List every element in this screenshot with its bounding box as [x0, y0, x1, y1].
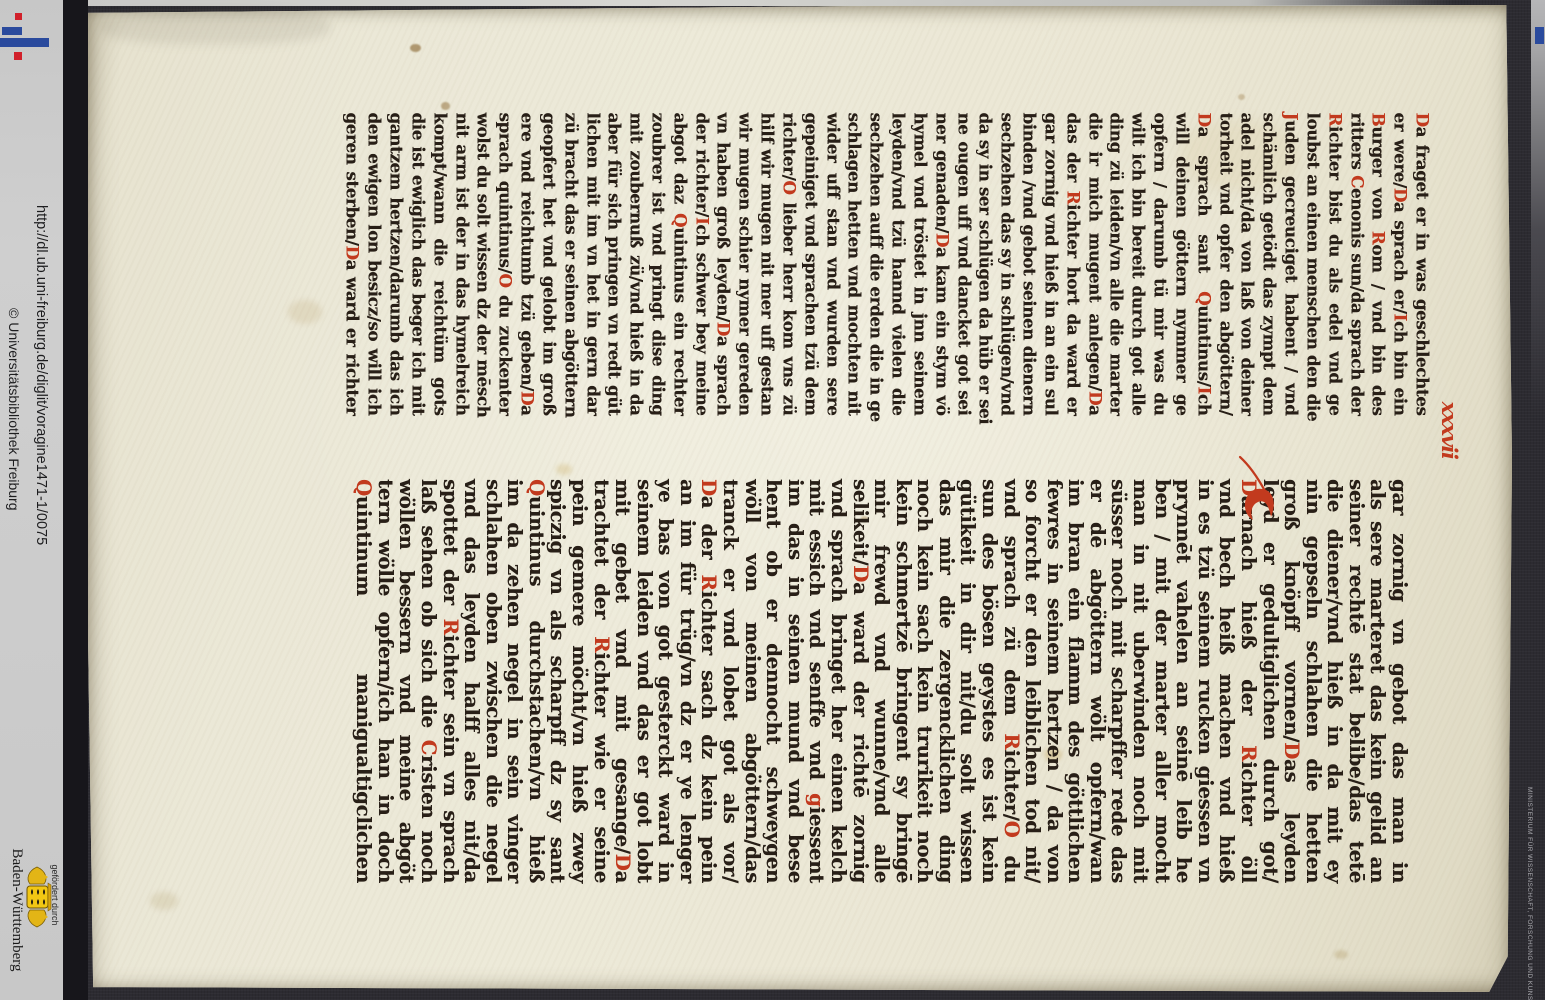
text-line: sechzehen auff die erden die in ge	[864, 112, 886, 415]
copyright-text: © Universitätsbibliothek Freiburg	[4, 308, 22, 608]
text-line: kompt/wann die reichtüm gots	[428, 112, 450, 415]
text-line: aber für sich pringen vn redt güt	[603, 112, 625, 415]
text-line: gantzem hertzen/darumb das ich	[384, 112, 406, 415]
text-line: im bran ein flamm des göttlichen	[1065, 479, 1087, 883]
text-line: er dē abgöttern wölt opfern/wan	[1086, 479, 1108, 883]
text-line: der richter/Ich schwer bey meine	[690, 112, 712, 415]
text-line: binden /vnd gebot seinen dienern	[1017, 112, 1039, 415]
text-line: tern wölle opfern/ich han in doch	[374, 479, 396, 883]
text-line: Da der Richter sach dz kein pein	[698, 479, 720, 883]
text-line: hilf wir mugen nit mer uff gestan	[755, 112, 777, 415]
text-line: groß knöpff vornen/Das leyden	[1281, 479, 1303, 883]
text-line: gar zornig vnd hieß in an ein sul	[1039, 112, 1061, 415]
text-line: sun des bösen geystes es ist kein	[978, 479, 1000, 883]
text-line: da sy in ser schlügen da hüb er sei	[974, 112, 996, 415]
text-line: hent ob er dennocht schweygen	[763, 479, 785, 883]
text-line: ritters Cenonis sun/da sprach der	[1345, 112, 1367, 415]
text-line: mir frewd vnd wunne/vnd alle	[871, 479, 893, 883]
text-line: mit essich vnd senffe vnd giessent	[806, 479, 828, 883]
text-line: adel nicht/da von laß von deiner	[1236, 112, 1258, 415]
text-line: er were/Da sprach er/Ich bin ein	[1388, 112, 1410, 415]
text-line: prynnēt vahelen an seinē leib he	[1173, 479, 1195, 883]
text-line: spottet der Richter sein vn sprach	[439, 479, 461, 883]
text-line: wolst du solt wissen dz der mēsch	[472, 112, 494, 415]
registration-mark-blue-short	[2, 27, 22, 35]
text-line: loubst an einen menschen den die	[1301, 112, 1323, 415]
text-line: so forcht er den leiblichen tod nit/	[1022, 479, 1044, 883]
viewer-canvas: { "colors":{ "rubric_red":"#c23a1e", "in…	[0, 0, 1545, 1000]
text-line: Richter bist du als edel vnd ge	[1323, 112, 1345, 415]
source-url-text: http://dl.ub.uni-freiburg.de/diglit/vora…	[31, 205, 49, 705]
text-line: geopfert het vnd gelobt im groß	[537, 112, 559, 415]
text-line: die ir mich mugent anlegen/Da	[1083, 112, 1105, 415]
text-line: gütikeit in dir nit/du solt wissen	[957, 479, 979, 883]
text-line: zü bracht das er seinen abgöttern	[559, 112, 581, 415]
text-line: will deinen göttern nymmer ge	[1170, 112, 1192, 415]
text-line: spiczig vn als scharpff dz sy sant	[547, 479, 569, 883]
text-line: das der Richter hort da ward er	[1061, 112, 1083, 415]
text-column-right: gar zornig vn gebot das man inals sere m…	[352, 479, 1410, 883]
right-edge-strip	[1531, 0, 1545, 420]
text-line: vnd das leyden halff alles nit/da	[461, 479, 483, 883]
text-line: vnd sprach bringet her einen kelch	[827, 479, 849, 883]
text-line: ding zü leiden/vn alle die marter	[1105, 112, 1127, 415]
text-line: Quintinus durchstachen/vn hieß	[525, 479, 547, 883]
text-line: laß sehen ob sich die Cristen noch	[417, 479, 439, 883]
text-line: vnd sprach zü dem Richter/O du	[1000, 479, 1022, 883]
text-line: seinem leiden vnd das er got lobt	[633, 479, 655, 883]
text-line: in es tzü seinem rucken giessen vn	[1194, 479, 1216, 883]
ministry-credit-text: MINISTERIUM FÜR WISSENSCHAFT, FORSCHUNG …	[1523, 787, 1533, 1000]
text-line: man in nit uberwinden noch mit	[1129, 479, 1151, 883]
text-line: seiner rechtē stat belibe/das tetē	[1345, 479, 1367, 883]
pilcrow-icon	[1238, 453, 1278, 523]
text-line: wilt ich bin bereit durch got alle	[1126, 112, 1148, 415]
baden-wuerttemberg-coat-of-arms-icon	[22, 853, 52, 941]
text-line: gepeiniget vnd sprachen tzü dem	[799, 112, 821, 415]
text-line: trachtet der Richter wie er seine	[590, 479, 612, 883]
registration-mark-blue-right	[1535, 27, 1544, 44]
text-line: wir mugen schier nymer gereden	[734, 112, 756, 415]
text-line: Burger von Rom / vnd bin des	[1367, 112, 1389, 415]
left-info-strip: http://dl.ub.uni-freiburg.de/diglit/vora…	[0, 0, 63, 1000]
text-line: nin gepseln schlahen die hetten	[1302, 479, 1324, 883]
text-line: fewres in seinem hertzen / da von	[1043, 479, 1065, 883]
text-line: Juden gecreuciget habent / vnd	[1279, 112, 1301, 415]
text-line: an im für trüg/vn dz er ye lenger	[676, 479, 698, 883]
text-line: zoubrer ist vnd pringt dise ding	[646, 112, 668, 415]
text-line: mit zoubernuß zü/vnd hieß in da	[624, 112, 646, 415]
text-line: vn haben groß leyden/Da sprach	[712, 112, 734, 415]
text-line: das mir die zergencklichen ding	[935, 479, 957, 883]
text-line: selikeit/Da ward der richtē zornig	[849, 479, 871, 883]
text-line: sechzehen das sy in schlügen/vnd	[995, 112, 1017, 415]
text-line: hymel vnd tröstet in jnn seinem	[908, 112, 930, 415]
text-line: ye bas von got gesterckt ward in	[655, 479, 677, 883]
text-line: leyden/vnd tzü hannd vielen die	[886, 112, 908, 415]
text-line: vnd bech heiß machen vnd hieß	[1216, 479, 1238, 883]
text-line: tranck er vnd lobet got als vor/	[720, 479, 742, 883]
text-line: schlagen hetten vnd mochten nit	[843, 112, 865, 415]
text-line: Da fraget er in was geschlechtes	[1410, 112, 1432, 415]
folio-number: xxxvii	[1438, 398, 1462, 462]
text-line: gar zornig vn gebot das man in	[1388, 479, 1410, 883]
text-line: lichen mit im vn het in gern dar	[581, 112, 603, 415]
text-line: den ewigen lon besicz/so will ich	[362, 112, 384, 415]
text-line: ben / mit der marter aller mocht	[1151, 479, 1173, 883]
text-line: die diener/vnd hieß in da mit ey	[1324, 479, 1346, 883]
text-line: Da sprach sant Quintinus/Ich	[1192, 112, 1214, 415]
text-line: wöllen bessern vnd meine abgöt	[396, 479, 418, 883]
text-line: wöll von meinen abgöttern/das	[741, 479, 763, 883]
funding-region-label: Baden-Württemberg	[5, 825, 25, 995]
registration-mark-blue-long	[0, 38, 49, 47]
text-line: kein schmertzē bringent sy bringē	[892, 479, 914, 883]
text-line: wider uff stan vnd wurden sere	[821, 112, 843, 415]
text-line: richter/O lieber herr kom vns zü	[777, 112, 799, 415]
text-line: torheit vnd opfer den abgöttern/	[1214, 112, 1236, 415]
text-line: im das in seinen mund vnd bese	[784, 479, 806, 883]
text-line: ne ougen uff vnd dancket got sei	[952, 112, 974, 415]
text-line: noch kein sach kein trurikeit noch	[914, 479, 936, 883]
text-line: Quintinum manigualtigclichen	[353, 479, 375, 883]
text-line: geren sterben/Da ward er richter	[341, 112, 363, 415]
text-line: leyd er gedultiglichen durch got/	[1259, 479, 1281, 883]
text-line: ner genaden/Da kam ein stym vö	[930, 112, 952, 415]
text-column-left: Da fraget er in was geschlechteser were/…	[340, 112, 1432, 415]
text-line: schämlich getödt das zympt dem	[1257, 112, 1279, 415]
text-line: sprach quintinus/O du zuckenter	[493, 112, 515, 415]
scan-background-gap	[63, 0, 88, 1000]
text-line: im da zehen negel in sein vinger	[504, 479, 526, 883]
text-line: abgot daz Quintinus ein rechter	[668, 112, 690, 415]
text-line: die ist ewiglich das beger ich mit	[406, 112, 428, 415]
text-line: mit gebet vnd mit gesange/Da	[612, 479, 634, 883]
text-line: schlahen oben zwischen die negel	[482, 479, 504, 883]
text-line: nit arm ist der in das hymelreich	[450, 112, 472, 415]
text-line: Darnach hieß der Richter öll	[1237, 479, 1259, 883]
text-line: als sere marteret das kein gelid an	[1367, 479, 1389, 883]
registration-mark-red-bottom	[14, 52, 22, 60]
text-line: opfern / darumb tü mir was du	[1148, 112, 1170, 415]
text-line: ere vnd reichtumb tzü geben/Da	[515, 112, 537, 415]
text-line: pein gemere möcht/vn hieß zwey	[568, 479, 590, 883]
scanner-bed-edge	[86, 0, 1454, 6]
text-line: süsser noch mit scharpffer rede das	[1108, 479, 1130, 883]
registration-mark-red-top	[15, 13, 22, 20]
